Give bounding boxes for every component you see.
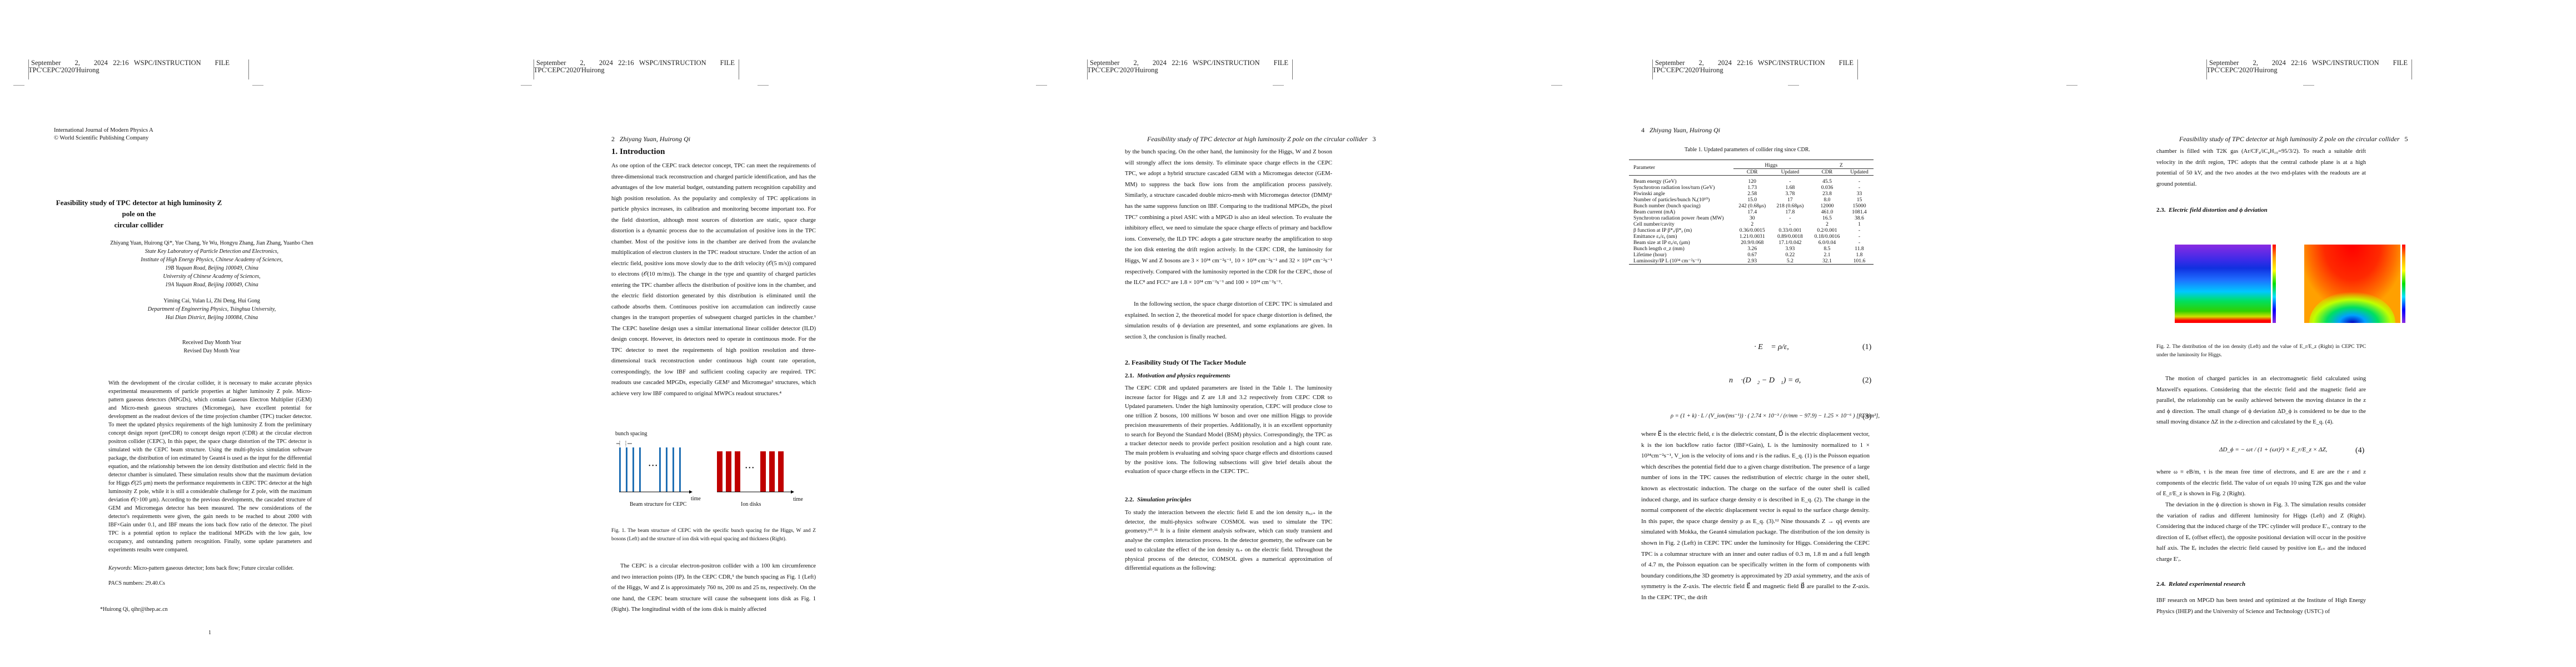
table-cell-value: 0.33/0.001 (1771, 227, 1809, 233)
table-cell-parameter: Cell number/cavity (1629, 221, 1733, 227)
table-cell-value: 23.8 (1809, 191, 1845, 197)
figure-2-caption: Fig. 2. The distribution of the ion dens… (2156, 343, 2366, 360)
page-number: 2 (611, 135, 615, 143)
parameter-table: Parameter Higgs Z CDR Updated CDR Update… (1629, 160, 1874, 265)
keywords: Keywords: Micro-pattern gaseous detector… (108, 565, 293, 571)
keywords-label: Keywords (108, 565, 131, 571)
table-cell-value: 30 (1733, 215, 1771, 221)
publisher: © World Scientific Publishing Company (54, 135, 153, 142)
table-cell-value: 2 (1809, 221, 1845, 227)
table-cell-value: 0.036 (1809, 185, 1845, 191)
subsection-number: 2.3. (2156, 207, 2166, 213)
header-bar (248, 59, 249, 79)
page-header: September 2, 2024 22:16 WSPC/INSTRUCTION… (2206, 59, 2408, 74)
section-title: 2. Feasibility Study Of The Tacker Modul… (1125, 359, 1246, 367)
colorbar (2402, 245, 2405, 323)
table-header-parameter: Parameter (1629, 160, 1733, 176)
paragraph: The CEPC is a circular electron-positron… (611, 561, 816, 615)
figure-2 (2161, 245, 2366, 333)
time-axis-label: time (793, 496, 803, 502)
time-axis-label: time (691, 496, 701, 502)
crop-mark (1551, 85, 1562, 86)
paragraph: by the bunch spacing. On the other hand,… (1125, 147, 1332, 288)
affil-line: Hai Dian District, Beijing 100084, China (103, 313, 320, 322)
table-cell-value: 15000 (1845, 203, 1874, 209)
abstract: With the development of the circular col… (108, 379, 312, 554)
table-cell-value: - (1771, 215, 1809, 221)
table-cell-value: 11.8 (1845, 246, 1874, 252)
table-cell-value: 0.18/0.0016 (1809, 233, 1845, 240)
page-5: September 2, 2024 22:16 WSPC/INSTRUCTION… (2061, 0, 2576, 667)
table-row: Cell number/cavity2-21 (1629, 221, 1874, 227)
table-row: Luminosity/IP L (10³⁴ cm⁻²s⁻¹)2.935.232.… (1629, 258, 1874, 264)
table-cell-value: 17.4 (1733, 209, 1771, 215)
subsection-text: Related experimental research (2169, 581, 2245, 588)
table-cell-value: 5.2 (1771, 258, 1809, 264)
table-cell-value: 8.5 (1809, 246, 1845, 252)
running-head-text: Feasibility study of TPC detector at hig… (1147, 135, 1368, 143)
keywords-text: : Micro-pattern gaseous detector; Ions b… (131, 565, 294, 571)
crop-mark (13, 85, 24, 86)
table-cell-parameter: Lifetime (hour) (1629, 252, 1733, 258)
page-2: September 2, 2024 22:16 WSPC/INSTRUCTION… (515, 0, 1030, 667)
table-row: Beam energy (GeV)120-45.5- (1629, 176, 1874, 185)
table-cell-parameter: β function at IP β*ₓ/β*ᵧ (m) (1629, 227, 1733, 233)
header-bar (2206, 59, 2207, 79)
table-cell-parameter: Beam size at IP σₓ/σᵧ (μm) (1629, 240, 1733, 246)
header-bar (1292, 59, 1293, 79)
equation-number: (2) (1862, 376, 1871, 385)
table-cell-value: - (1845, 185, 1874, 191)
page-1: September 2, 2024 22:16 WSPC/INSTRUCTION… (0, 0, 515, 667)
table-cell-value: 461.0 (1809, 209, 1845, 215)
header-bar (1652, 59, 1653, 79)
table-cell-value: 0.22 (1771, 252, 1809, 258)
table-cell-value: - (1845, 233, 1874, 240)
paper-title: Feasibility study of TPC detector at hig… (56, 197, 222, 231)
table-row: Bunch length σ_z (mm)3.263.938.511.8 (1629, 246, 1874, 252)
table-cell-value: - (1771, 176, 1809, 185)
table-cell-value: 218 (0.68μs) (1771, 203, 1809, 209)
table-group-higgs: Higgs (1733, 160, 1809, 169)
table-cell-parameter: Synchrotron radiation loss/turn (GeV) (1629, 185, 1733, 191)
beam-structure-label: Beam structure for CEPC (630, 501, 686, 507)
table-row: Lifetime (hour)0.670.222.11.8 (1629, 252, 1874, 258)
page-3: September 2, 2024 22:16 WSPC/INSTRUCTION… (1030, 0, 1546, 667)
table-cell-parameter: Emittance εₓ/εᵧ (nm) (1629, 233, 1733, 240)
ion-density-heatmap (2175, 245, 2271, 323)
running-head: Feasibility study of TPC detector at hig… (1147, 135, 1376, 143)
table-cell-value: 33 (1845, 191, 1874, 197)
crop-mark (1036, 85, 1047, 86)
equation-3: ρ = (1 + k) · L / (V_ion/(ms⁻¹)) · ( 2.7… (1671, 412, 1880, 419)
affil-line: 19B Yuquan Road, Beijing 100049, China (103, 264, 320, 272)
header-bar (1857, 59, 1858, 79)
table-cell-value: - (1845, 227, 1874, 233)
table-cell-value: 0.67 (1733, 252, 1771, 258)
table-cell-value: 15.0 (1733, 197, 1771, 203)
page-4: September 2, 2024 22:16 WSPC/INSTRUCTION… (1546, 0, 2061, 667)
colorbar (2273, 245, 2276, 323)
paragraph: To study the interaction between the ele… (1125, 509, 1332, 574)
paragraph: where E⃗ is the electric field, ε is the… (1641, 429, 1870, 604)
table-cell-value: 101.6 (1845, 258, 1874, 264)
equation-4: ΔD_ϕ = − ωτ / (1 + (ωτ)²) × E_r/E_z × ΔZ… (2219, 446, 2327, 453)
table-cell-value: 32.1 (1809, 258, 1845, 264)
received-date: Received Day Month Year (103, 339, 320, 347)
table-cell-parameter: Synchrotron radiation power /beam (MW) (1629, 215, 1733, 221)
header-line2: TPC'CEPC'2020'Huirong (534, 67, 735, 74)
table-caption: Table 1. Updated parameters of collider … (1685, 147, 1810, 153)
paragraph: IBF research on MPGD has been tested and… (2156, 595, 2366, 617)
table-row: Beam size at IP σₓ/σᵧ (μm)20.9/0.06817.1… (1629, 240, 1874, 246)
running-head: 4 Zhiyang Yuan, Huirong Qi (1641, 126, 1720, 135)
figure-1: bunch spacing • • • • • • time (614, 431, 814, 509)
heatmap-region (2309, 292, 2396, 323)
equation-number: (1) (1862, 343, 1871, 352)
table-group-z: Z (1809, 160, 1874, 169)
beam-structure-diagram (614, 431, 814, 509)
table-row: Synchrotron radiation loss/turn (GeV)1.7… (1629, 185, 1874, 191)
header-line2: TPC'CEPC'2020'Huirong (2206, 67, 2408, 74)
affiliation-2: Department of Engineering Physics, Tsing… (103, 305, 320, 322)
page-header: September 2, 2024 22:16 WSPC/INSTRUCTION… (1652, 59, 1853, 74)
pacs-numbers: PACS numbers: 29.40.Cs (108, 580, 165, 586)
table-cell-value: - (1845, 240, 1874, 246)
table-cell-value: 2.93 (1733, 258, 1771, 264)
affil-line: 19A Yuquan Road, Beijing 100049, China (103, 281, 320, 289)
ellipsis: • • • (649, 463, 657, 469)
header-line2: TPC'CEPC'2020'Huirong (1087, 67, 1288, 74)
header-bar (28, 59, 29, 79)
table-cell-value: 0.36/0.0015 (1733, 227, 1771, 233)
equation-number: (3) (1862, 412, 1871, 421)
table-row: Beam current (mA)17.417.8461.01081.4 (1629, 209, 1874, 215)
running-head-text: Zhiyang Yuan, Huirong Qi (620, 135, 690, 143)
header-bar (2411, 59, 2412, 79)
ion-disks-label: Ion disks (741, 501, 761, 507)
table-subheader: CDR (1733, 169, 1771, 176)
table-cell-value: 2 (1733, 221, 1771, 227)
affil-line: State Key Laboratory of Particle Detecti… (103, 247, 320, 256)
table-cell-value: 120 (1733, 176, 1771, 185)
header-line2: TPC'CEPC'2020'Huirong (1652, 67, 1853, 74)
table-cell-value: 6.0/0.04 (1809, 240, 1845, 246)
paragraph: The deviation in the ϕ direction is show… (2156, 500, 2366, 565)
table-cell-value: 0.2/0.001 (1809, 227, 1845, 233)
crop-mark (758, 85, 769, 86)
equation-2: n⃗ ·(D⃗₂ − D⃗₁) = σ, (1729, 376, 1801, 385)
table-cell-value: 16.5 (1809, 215, 1845, 221)
paragraph: where ω ≡ eB/m, τ is the mean free time … (2156, 467, 2366, 500)
table-cell-value: 3.26 (1733, 246, 1771, 252)
table-cell-value: 15 (1845, 197, 1874, 203)
title-line2: circular collider (56, 220, 222, 231)
title-line1: Feasibility study of TPC detector at hig… (56, 197, 222, 220)
table-cell-parameter: Beam current (mA) (1629, 209, 1733, 215)
ellipsis: • • • (745, 465, 754, 471)
table-row: Emittance εₓ/εᵧ (nm)1.21/0.00310.89/0.00… (1629, 233, 1874, 240)
table-cell-value: 2.58 (1733, 191, 1771, 197)
subsection-number: 2.1. (1125, 372, 1134, 379)
table-cell-value: 1.21/0.0031 (1733, 233, 1771, 240)
page-number: 3 (1373, 135, 1376, 143)
table-cell-parameter: Luminosity/IP L (10³⁴ cm⁻²s⁻¹) (1629, 258, 1733, 264)
table-cell-value: 242 (0.68μs) (1733, 203, 1771, 209)
journal-info: International Journal of Modern Physics … (54, 127, 153, 142)
crop-mark (252, 85, 263, 86)
table-cell-value: 12000 (1809, 203, 1845, 209)
affil-line: Department of Engineering Physics, Tsing… (103, 305, 320, 313)
paragraph: In the following section, the space char… (1125, 299, 1332, 342)
table-cell-parameter: Piwinski angle (1629, 191, 1733, 197)
page-number: 5 (2405, 135, 2408, 143)
table-row: Bunch number (bunch spacing)242 (0.68μs)… (1629, 203, 1874, 209)
affiliation-1: State Key Laboratory of Particle Detecti… (103, 247, 320, 289)
table-cell-value: 0.89/0.0018 (1771, 233, 1809, 240)
subsection-text: Simulation principles (1137, 496, 1192, 503)
subsection-number: 2.2. (1125, 496, 1134, 503)
subsection-number: 2.4. (2156, 581, 2166, 588)
page-header: September 2, 2024 22:16 WSPC/INSTRUCTION… (28, 59, 230, 74)
table-cell-value: 17.1/0.042 (1771, 240, 1809, 246)
header-bar (534, 59, 534, 79)
table-cell-value: - (1771, 221, 1809, 227)
affil-line: Institute of High Energy Physics, Chines… (103, 256, 320, 264)
subsection-title: 2.4. Related experimental research (2156, 581, 2245, 588)
table-cell-value: 8.0 (1809, 197, 1845, 203)
table-cell-value: 3.78 (1771, 191, 1809, 197)
table-subheader: CDR (1809, 169, 1845, 176)
table-cell-value: 1.68 (1771, 185, 1809, 191)
table-row: Synchrotron radiation power /beam (MW)30… (1629, 215, 1874, 221)
table-subheader: Updated (1771, 169, 1809, 176)
crop-mark (521, 85, 532, 86)
table-cell-value: 38.6 (1845, 215, 1874, 221)
subsection-title: 2.1. Motivation and physics requirements (1125, 372, 1230, 379)
paragraph: As one option of the CEPC track detector… (611, 161, 816, 399)
page-header: September 2, 2024 22:16 WSPC/INSTRUCTION… (1087, 59, 1288, 74)
crop-mark (1273, 85, 1284, 86)
paragraph: The CEPC CDR and updated parameters are … (1125, 384, 1332, 477)
table-cell-value: 17 (1771, 197, 1809, 203)
subsection-text: Electric field distortion and ϕ deviatio… (2169, 207, 2268, 213)
table-row: β function at IP β*ₓ/β*ᵧ (m)0.36/0.00150… (1629, 227, 1874, 233)
journal-name: International Journal of Modern Physics … (54, 127, 153, 135)
table-cell-parameter: Beam energy (GeV) (1629, 176, 1733, 185)
table-cell-value: 45.5 (1809, 176, 1845, 185)
table-cell-parameter: Bunch length σ_z (mm) (1629, 246, 1733, 252)
crop-mark (1788, 85, 1799, 86)
table-cell-value: 1.8 (1845, 252, 1874, 258)
table-cell-parameter: Number of particles/bunch Nₑ(10¹⁰) (1629, 197, 1733, 203)
table-cell-parameter: Bunch number (bunch spacing) (1629, 203, 1733, 209)
page-number: 1 (208, 630, 211, 636)
author-block: Zhiyang Yuan, Huirong Qi*, Yue Chang, Ye… (103, 239, 320, 355)
paragraph: The motion of charged particles in an el… (2156, 374, 2366, 428)
subsection-title: 2.3. Electric field distortion and ϕ dev… (2156, 207, 2268, 213)
er-ez-heatmap (2304, 245, 2400, 323)
subsection-title: 2.2. Simulation principles (1125, 496, 1192, 503)
section-title: 1. Introduction (611, 147, 665, 157)
authors-group-1: Zhiyang Yuan, Huirong Qi*, Yue Chang, Ye… (103, 239, 320, 247)
equation-number: (4) (2355, 446, 2364, 455)
page-number: 4 (1641, 126, 1645, 134)
table-cell-value: 1081.4 (1845, 209, 1874, 215)
authors-group-2: Yiming Cai, Yulan Li, Zhi Deng, Hui Gong (103, 297, 320, 305)
table-subheader: Updated (1845, 169, 1874, 176)
running-head-text: Zhiyang Yuan, Huirong Qi (1650, 126, 1720, 134)
crop-mark (2303, 85, 2314, 86)
table-cell-value: 20.9/0.068 (1733, 240, 1771, 246)
table-body: Beam energy (GeV)120-45.5-Synchrotron ra… (1629, 176, 1874, 265)
figure-1-caption: Fig. 1. The beam structure of CEPC with … (611, 527, 816, 544)
header-bar (739, 59, 739, 79)
table-row: Number of particles/bunch Nₑ(10¹⁰)15.017… (1629, 197, 1874, 203)
table-row: Piwinski angle2.583.7823.833 (1629, 191, 1874, 197)
page-header: September 2, 2024 22:16 WSPC/INSTRUCTION… (534, 59, 735, 74)
header-line2: TPC'CEPC'2020'Huirong (28, 67, 230, 74)
running-head: Feasibility study of TPC detector at hig… (2179, 135, 2408, 143)
crop-mark (2066, 85, 2077, 86)
table-cell-value: 3.93 (1771, 246, 1809, 252)
table-cell-value: - (1845, 176, 1874, 185)
paragraph: chamber is filled with T2K gas (Ar/CF₄/i… (2156, 146, 2366, 190)
running-head: 2 Zhiyang Yuan, Huirong Qi (611, 135, 690, 143)
header-bar (1087, 59, 1088, 79)
table-cell-value: 2.1 (1809, 252, 1845, 258)
footnote: *Huirong Qi, qihr@ihep.ac.cn (100, 606, 168, 613)
table-cell-value: 17.8 (1771, 209, 1809, 215)
table-cell-value: 1.73 (1733, 185, 1771, 191)
revised-date: Revised Day Month Year (103, 347, 320, 355)
running-head-text: Feasibility study of TPC detector at hig… (2179, 135, 2400, 143)
equation-1: ∇⃗ · E⃗ = ρ/ε, (1740, 343, 1789, 352)
table-cell-value: 1 (1845, 221, 1874, 227)
subsection-text: Motivation and physics requirements (1137, 372, 1230, 379)
affil-line: University of Chinese Academy of Science… (103, 272, 320, 281)
